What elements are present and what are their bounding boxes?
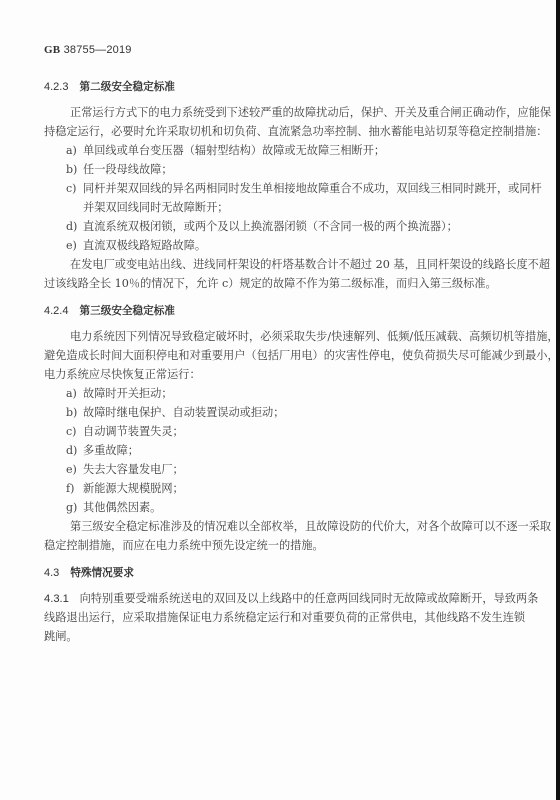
heading-number: 4.2.3 [44,80,68,94]
list-item-continued: 并架双回线同时无故障断开； [83,201,228,215]
standard-prefix: GB [44,44,60,56]
standard-number: 38755—2019 [64,44,132,56]
paragraph-line: 线路退出运行，应采取措施保证电力系统稳定运行和对重要负荷的正常供电，其他线路不发… [44,611,525,625]
paragraph-line: 第三级安全稳定标准涉及的情况难以全部枚举，且故障设防的代价大，对各个故障可以不逐… [70,520,551,534]
list-label: b) [66,406,77,419]
heading-title: 特殊情况要求 [70,567,134,579]
list-item: 故障时继电保护、自动装置误动或拒动； [83,406,284,420]
page-edge-border [556,0,560,800]
list-label: a) [66,387,77,400]
list-label: c) [66,182,76,195]
list-item: 直流双极线路短路故障。 [83,239,206,253]
list-item: 其他偶然因素。 [83,501,161,515]
paragraph-line: 电力系统因下列情况导致稳定破坏时，必须采取失步/快速解列、低频/低压减载、高频切… [70,330,559,344]
paragraph-line: 电力系统应尽快恢复正常运行： [44,368,201,382]
list-item: 失去大容量发电厂； [83,463,184,477]
heading-number: 4.3 [44,566,59,580]
paragraph-line: 跳闸。 [44,630,78,644]
paragraph-line: 过该线路全长 10％的情况下，允许 c）规定的故障不作为第二级标准，而归入第三级… [44,277,497,291]
list-label: a) [66,144,77,157]
list-item: 自动调节装置失灵； [83,425,184,439]
list-label: c) [66,425,76,438]
heading-number: 4.2.4 [44,304,68,318]
list-label: g) [66,501,77,514]
heading-4-2-4: 4.2.4 第三级安全稳定标准 [44,304,175,318]
list-label: e) [66,463,77,476]
heading-title: 第二级安全稳定标准 [80,81,175,93]
list-label: d) [66,444,77,457]
clause-number: 4.3.1 [44,592,69,606]
paragraph-line: 在发电厂或变电站出线、进线同杆架设的杆塔基数合计不超过 20 基，且同杆架设的线… [70,258,550,272]
paragraph-line: 稳定控制措施，而应在电力系统中预先设定统一的措施。 [44,539,324,553]
paragraph-line: 持稳定运行，必要时允许采取切机和切负荷、直流紧急功率控制、抽水蓄能电站切泵等稳定… [44,125,547,139]
list-item: 直流系统双极闭锁，或两个及以上换流器闭锁（不含同一极的两个换流器）； [83,220,458,234]
list-label: d) [66,220,77,233]
clause-4-3-1: 4.3.1 向特别重要受端系统送电的双回及以上线路中的任意两回线同时无故障或故障… [44,592,538,606]
heading-4-2-3: 4.2.3 第二级安全稳定标准 [44,80,175,94]
clause-text: 向特别重要受端系统送电的双回及以上线路中的任意两回线同时无故障或故障断开，导致两… [80,592,539,605]
list-item: 多重故障； [83,444,139,458]
list-label: b) [66,163,77,176]
standard-code-header: GB 38755—2019 [44,44,132,56]
paragraph-line: 避免造成长时间大面积停电和对重要用户（包括厂用电）的灾害性停电，使负荷损失尽可能… [44,349,559,363]
list-label: e) [66,239,77,252]
heading-4-3: 4.3 特殊情况要求 [44,566,134,580]
list-label: f) [66,482,74,495]
paragraph-line: 正常运行方式下的电力系统受到下述较严重的故障扰动后，保护、开关及重合闸正确动作，… [70,106,551,120]
list-item: 故障时开关拒动； [83,387,173,401]
heading-title: 第三级安全稳定标准 [80,305,175,317]
list-item: 单回线或单台变压器（辐射型结构）故障或无故障三相断开； [83,144,385,158]
document-page: GB 38755—2019 4.2.3 第二级安全稳定标准 正常运行方式下的电力… [0,0,556,800]
list-item: 新能源大规模脱网； [83,482,184,496]
list-item: 同杆并架双回线的异名两相同时发生单相接地故障重合不成功，双回线三相同时跳开，或同… [83,182,542,196]
list-item: 任一段母线故障； [83,163,173,177]
